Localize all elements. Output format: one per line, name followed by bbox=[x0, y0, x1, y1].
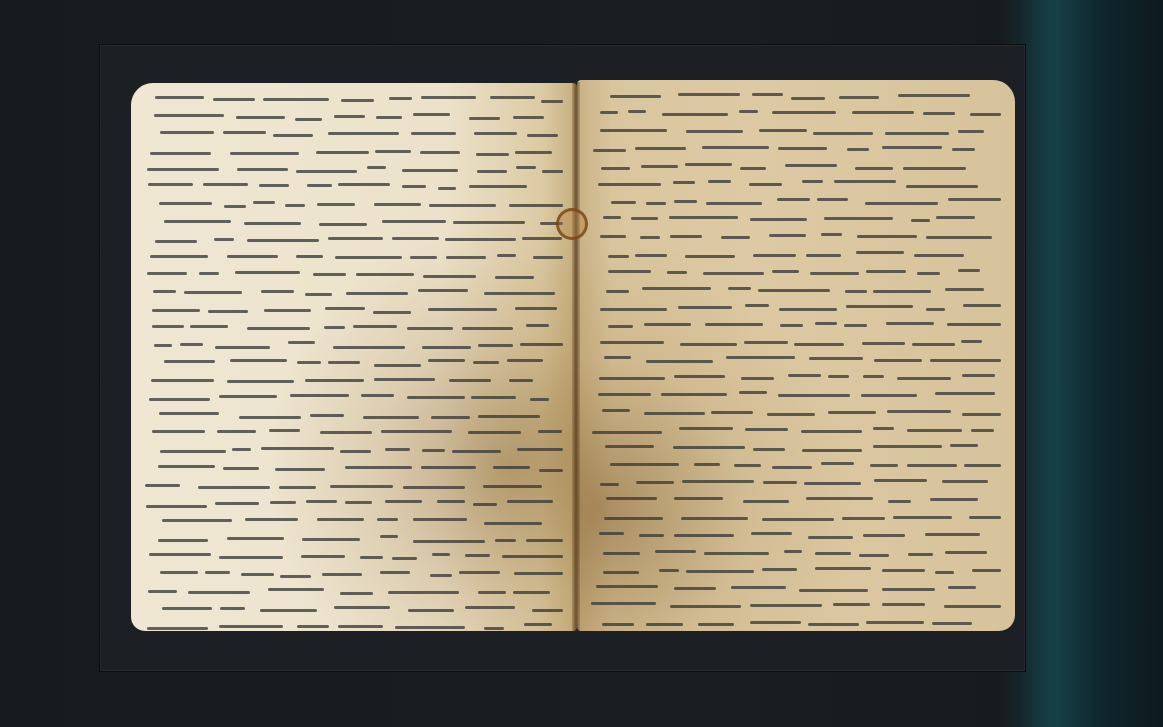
handwriting-line bbox=[591, 299, 1001, 317]
handwriting-line bbox=[145, 390, 563, 408]
handwriting-line bbox=[591, 229, 1001, 247]
handwriting-line bbox=[145, 601, 563, 619]
handwriting-line bbox=[591, 422, 1001, 440]
handwriting-left bbox=[145, 91, 563, 631]
handwriting-line bbox=[591, 334, 1001, 352]
handwriting-line bbox=[145, 373, 563, 391]
handwriting-line bbox=[145, 460, 563, 478]
handwriting-line bbox=[145, 126, 563, 144]
handwriting-line bbox=[591, 493, 1001, 511]
handwriting-line bbox=[591, 317, 1001, 335]
handwriting-line bbox=[591, 88, 1001, 106]
handwriting-line bbox=[145, 425, 563, 443]
handwriting-line bbox=[591, 528, 1001, 546]
glass-reflection bbox=[1020, 0, 1100, 727]
handwriting-line bbox=[145, 355, 563, 373]
handwriting-right bbox=[591, 88, 1001, 631]
handwriting-line bbox=[591, 581, 1001, 599]
handwriting-line bbox=[591, 545, 1001, 563]
handwriting-line bbox=[591, 370, 1001, 388]
handwriting-line bbox=[145, 161, 563, 179]
handwriting-line bbox=[145, 566, 563, 584]
handwriting-line bbox=[145, 408, 563, 426]
handwriting-line bbox=[591, 598, 1001, 616]
handwriting-line bbox=[591, 616, 1001, 631]
handwriting-line bbox=[145, 619, 563, 631]
handwriting-line bbox=[145, 531, 563, 549]
handwriting-line bbox=[591, 510, 1001, 528]
handwriting-line bbox=[145, 302, 563, 320]
handwriting-line bbox=[145, 285, 563, 303]
handwriting-line bbox=[145, 513, 563, 531]
handwriting-line bbox=[145, 267, 563, 285]
handwriting-line bbox=[145, 179, 563, 197]
handwriting-line bbox=[591, 106, 1001, 124]
spine-stain bbox=[556, 208, 588, 240]
handwriting-line bbox=[145, 496, 563, 514]
handwriting-line bbox=[145, 443, 563, 461]
handwriting-line bbox=[145, 214, 563, 232]
handwriting-line bbox=[591, 141, 1001, 159]
handwriting-line bbox=[145, 232, 563, 250]
handwriting-line bbox=[591, 123, 1001, 141]
notebook-left-page: Left page bbox=[131, 83, 577, 631]
handwriting-line bbox=[591, 352, 1001, 370]
handwriting-line bbox=[591, 194, 1001, 212]
notebook-spine bbox=[572, 82, 580, 632]
handwriting-line bbox=[145, 584, 563, 602]
handwriting-line bbox=[591, 405, 1001, 423]
handwriting-line bbox=[591, 264, 1001, 282]
handwriting-line bbox=[145, 478, 563, 496]
handwriting-line bbox=[591, 387, 1001, 405]
notebook-right-page: Right page bbox=[577, 80, 1015, 631]
handwriting-line bbox=[591, 246, 1001, 264]
handwriting-line bbox=[591, 457, 1001, 475]
handwriting-line bbox=[145, 109, 563, 127]
handwriting-line bbox=[591, 440, 1001, 458]
handwriting-line bbox=[145, 337, 563, 355]
handwriting-line bbox=[591, 563, 1001, 581]
handwriting-line bbox=[145, 144, 563, 162]
handwriting-line bbox=[591, 475, 1001, 493]
handwriting-line bbox=[145, 320, 563, 338]
handwriting-line bbox=[145, 197, 563, 215]
handwriting-line bbox=[591, 211, 1001, 229]
handwriting-line bbox=[145, 249, 563, 267]
handwriting-line bbox=[591, 158, 1001, 176]
handwriting-line bbox=[591, 176, 1001, 194]
handwriting-line bbox=[591, 282, 1001, 300]
handwriting-line bbox=[145, 548, 563, 566]
handwriting-line bbox=[145, 91, 563, 109]
